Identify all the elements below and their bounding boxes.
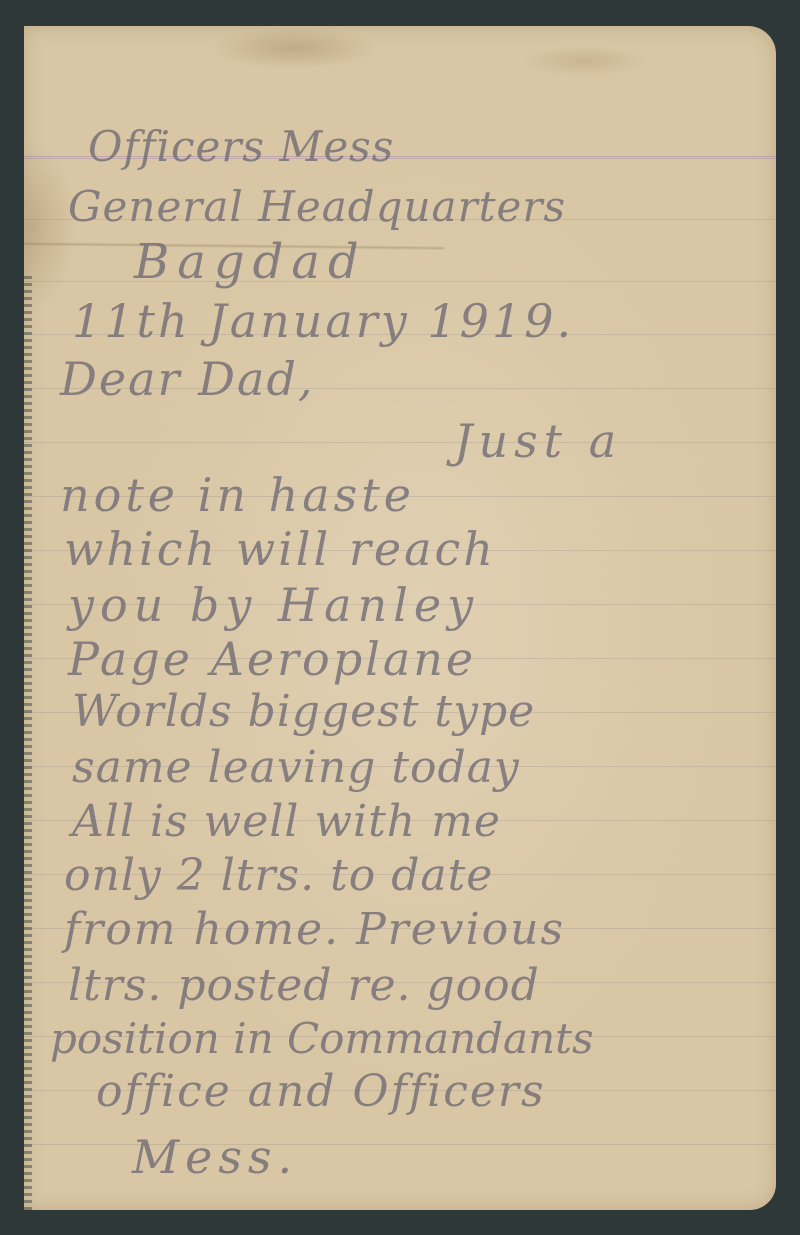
handwritten-line: note in haste [60,468,415,522]
handwritten-line: from home. Previous [64,904,565,955]
handwritten-line: General Headquarters [68,182,566,231]
handwritten-line: office and Officers [96,1066,546,1117]
handwritten-line: Worlds biggest type [72,686,535,737]
handwritten-line: only 2 ltrs. to date [64,850,493,901]
handwritten-line: which will reach [64,522,496,576]
torn-left-edge [24,276,32,1210]
handwritten-line: Dear Dad, [60,352,315,406]
handwritten-line: ltrs. posted re. good [68,960,540,1011]
handwritten-line: Page Aeroplane [68,632,476,686]
handwritten-line: All is well with me [72,796,501,847]
handwritten-line: Mess. [132,1130,298,1184]
handwritten-line: same leaving today [72,742,520,793]
handwritten-line: 11th January 1919. [72,294,574,348]
rule-line [24,442,776,443]
handwritten-line: you by Hanley [68,578,479,632]
handwritten-line: Bagdad [134,234,367,290]
handwritten-line: position in Commandants [50,1014,594,1063]
handwritten-line: Officers Mess [88,122,394,171]
scan-background: Officers Mess General Headquarters Bagda… [0,0,800,1235]
handwritten-line: Just a [454,414,622,468]
letter-page: Officers Mess General Headquarters Bagda… [24,26,776,1210]
